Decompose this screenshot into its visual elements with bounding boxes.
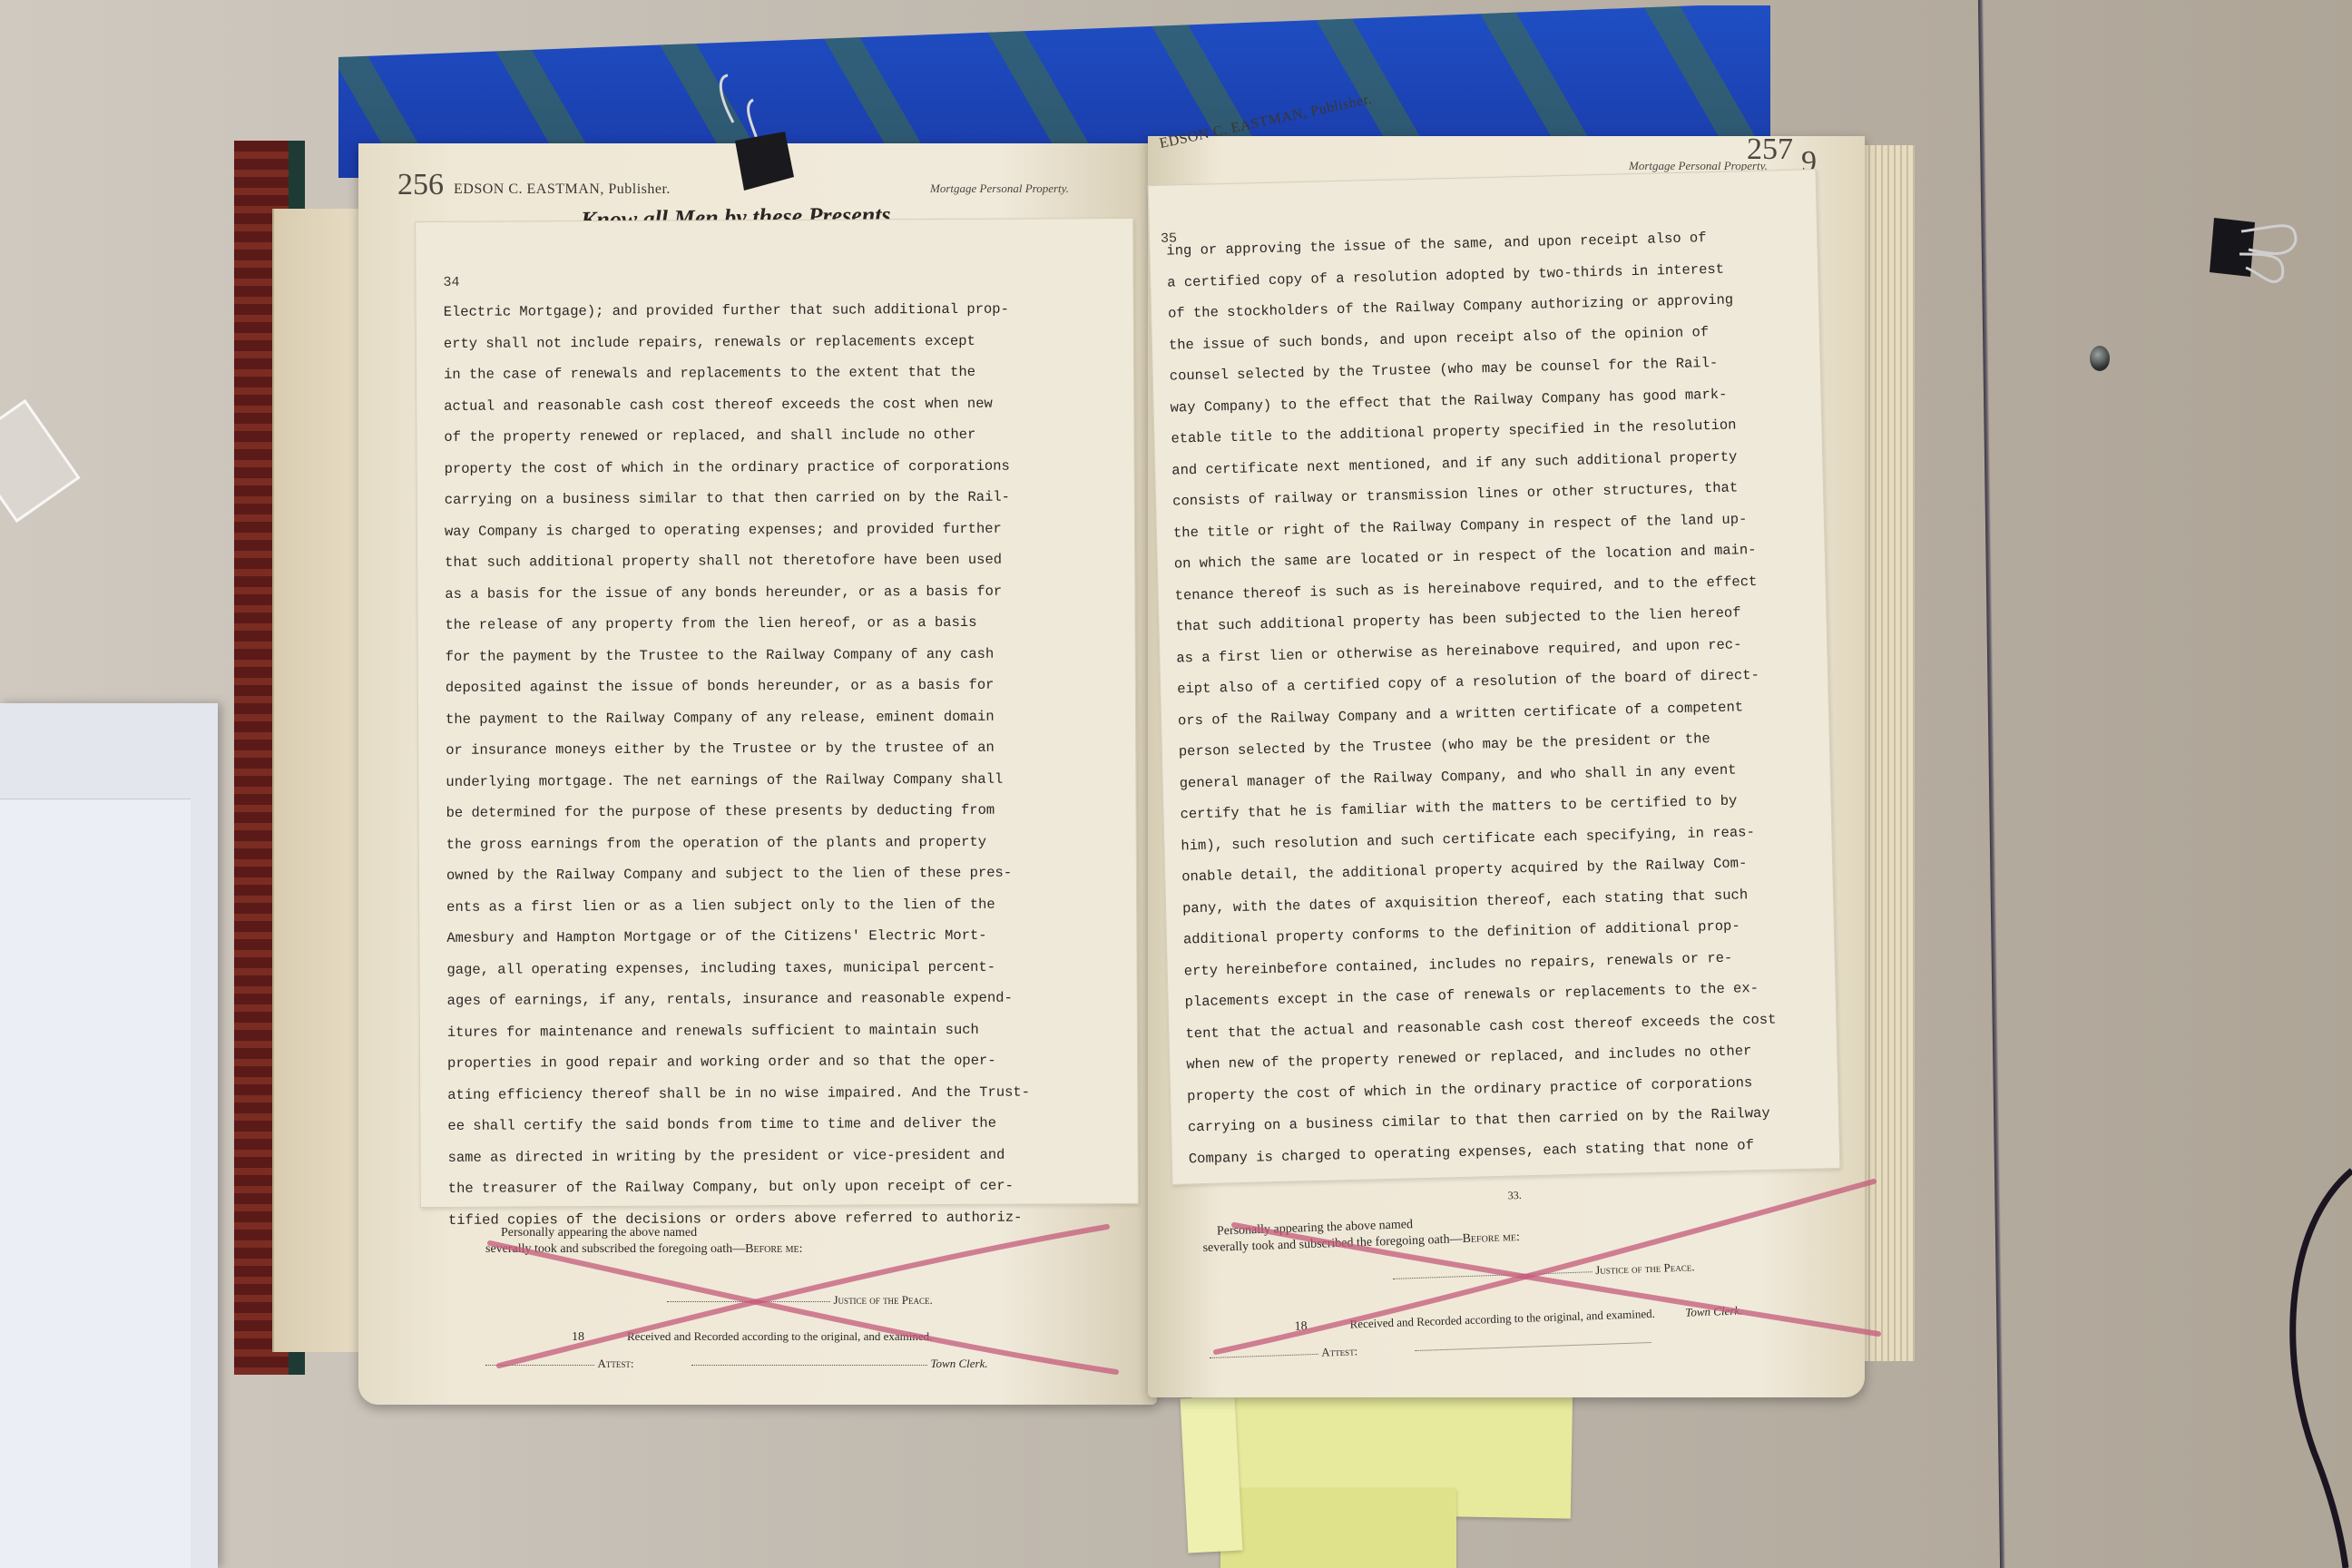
oath-text: severally took and subscribed the forego…	[485, 1242, 745, 1256]
received-line: 18 Received and Recorded according to th…	[1294, 1303, 1742, 1334]
left-running-title: Mortgage Personal Property.	[930, 181, 1069, 196]
before-me: Before me:	[1462, 1230, 1520, 1246]
left-typed-lines: Electric Mortgage); and provided further…	[444, 293, 1120, 1236]
before-me: Before me:	[745, 1242, 802, 1256]
typed-line: the gross earnings from the operation of…	[446, 826, 1118, 860]
attest-label: Attest:	[598, 1357, 634, 1370]
typed-line: carrying on a business similar to that t…	[445, 481, 1116, 515]
typed-line: that such additional property shall not …	[445, 544, 1116, 578]
received-text: Received and Recorded according to the o…	[627, 1329, 932, 1343]
binder-clip-icon	[708, 68, 808, 195]
right-typed-insert: 35 ing or approving the issue of the sam…	[1148, 169, 1841, 1185]
received-line: 18 Received and Recorded according to th…	[572, 1329, 932, 1345]
justice-of-the-peace: Justice of the Peace.	[1595, 1259, 1695, 1277]
typed-line: way Company is charged to operating expe…	[445, 513, 1116, 547]
left-typed-insert: 34 Electric Mortgage); and provided furt…	[415, 218, 1139, 1208]
typed-line: underlying mortgage. The net earnings of…	[446, 763, 1117, 798]
desk-grommet-hole	[2090, 346, 2110, 371]
typed-line: itures for maintenance and renewals suff…	[447, 1014, 1119, 1048]
typed-line: of the property renewed or replaced, and…	[444, 418, 1115, 453]
typed-line: Electric Mortgage); and provided further…	[444, 293, 1115, 328]
typed-line: actual and reasonable cash cost thereof …	[444, 387, 1115, 422]
left-publisher-line: EDSON C. EASTMAN, Publisher.	[454, 181, 671, 198]
left-form-footer: Personally appearing the above named sev…	[481, 1220, 1116, 1384]
right-form-footer: 33. Personally appearing the above named…	[1200, 1178, 1841, 1381]
typed-line: erty shall not include repairs, renewals…	[444, 325, 1115, 359]
binder-clip-icon	[2205, 209, 2314, 299]
black-cable	[2259, 1152, 2352, 1568]
year-prefix: 18	[1294, 1319, 1308, 1333]
town-clerk-label: Town Clerk.	[931, 1357, 988, 1370]
typed-line: the treasurer of the Railway Company, bu…	[448, 1170, 1120, 1204]
left-page-number: 256	[397, 168, 444, 202]
typed-line: ages of earnings, if any, rentals, insur…	[447, 982, 1119, 1016]
typed-line: property the cost of which in the ordina…	[444, 450, 1115, 485]
justice-of-the-peace: Justice of the Peace.	[834, 1293, 933, 1307]
attest-label: Attest:	[1321, 1344, 1357, 1358]
attest-line: Attest:	[1209, 1334, 1651, 1365]
typed-line: the release of any property from the lie…	[445, 606, 1116, 641]
typed-line: as a basis for the issue of any bonds he…	[445, 575, 1116, 610]
typed-line: Amesbury and Hampton Mortgage or of the …	[446, 919, 1118, 954]
town-clerk-label: Town Clerk.	[1685, 1303, 1743, 1318]
sticky-note	[1181, 1396, 1243, 1553]
received-text: Received and Recorded according to the o…	[1349, 1307, 1655, 1331]
justice-line: Justice of the Peace.	[667, 1293, 933, 1308]
insert-number: 34	[443, 275, 459, 290]
typed-line: the payment to the Railway Company of an…	[446, 701, 1117, 735]
typed-line: deposited against the issue of bonds her…	[446, 669, 1117, 703]
typed-line: properties in good repair and working or…	[447, 1044, 1119, 1079]
typed-line: be determined for the purpose of these p…	[446, 794, 1117, 828]
typed-line: owned by the Railway Company and subject…	[446, 857, 1118, 891]
sticky-note	[1220, 1488, 1456, 1568]
typed-line: or insurance moneys either by the Truste…	[446, 731, 1117, 766]
typed-line: for the payment by the Trustee to the Ra…	[446, 638, 1117, 672]
attest-line: Attest: Town Clerk.	[485, 1357, 988, 1372]
form-line-appearing: Personally appearing the above named	[501, 1226, 697, 1240]
right-typed-lines: ing or approving the issue of the same, …	[1166, 220, 1821, 1175]
year-prefix: 18	[572, 1330, 584, 1344]
typed-line: gage, all operating expenses, including …	[446, 951, 1118, 985]
typed-line: ents as a first lien or as a lien subjec…	[446, 888, 1118, 923]
typed-line: in the case of renewals and replacements…	[444, 356, 1115, 390]
typed-line: ating efficiency thereof shall be in no …	[447, 1076, 1119, 1111]
typed-line: ee shall certify the said bonds from tim…	[447, 1107, 1119, 1142]
form-line-oath: severally took and subscribed the forego…	[485, 1242, 803, 1257]
justice-line: Justice of the Peace.	[1393, 1259, 1695, 1286]
white-paper-sheet	[0, 799, 191, 1568]
margin-mark: 33.	[1508, 1189, 1523, 1203]
typed-line: same as directed in writing by the presi…	[447, 1139, 1119, 1173]
